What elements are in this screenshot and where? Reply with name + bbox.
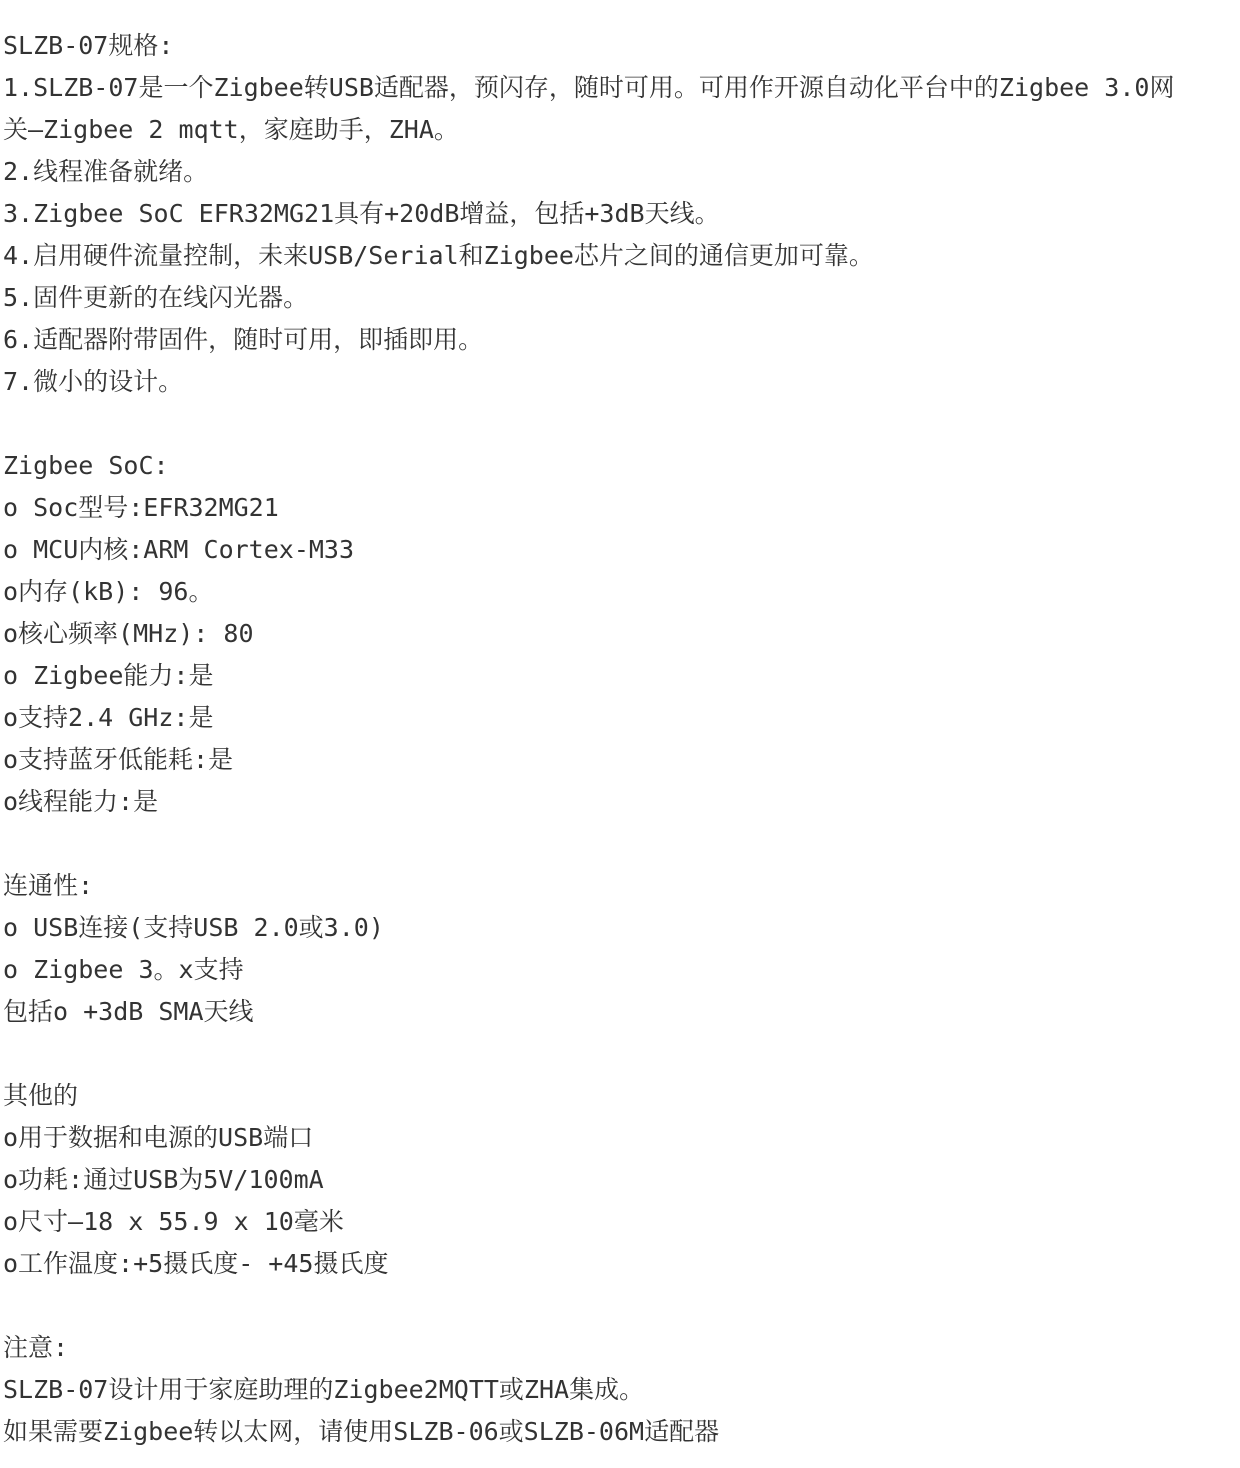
section-intro: SLZB-07规格: 1.SLZB-07是一个Zigbee转USB适配器，预闪存… — [3, 25, 1236, 403]
spec-line: o工作温度:+5摄氏度- +45摄氏度 — [3, 1243, 1236, 1285]
section-heading: 其他的 — [3, 1075, 1236, 1117]
text-line: 5.固件更新的在线闪光器。 — [3, 277, 1236, 319]
section-heading: Zigbee SoC: — [3, 445, 1236, 487]
section-heading: 连通性: — [3, 865, 1236, 907]
section-other: 其他的 o用于数据和电源的USB端口 o功耗:通过USB为5V/100mA o尺… — [3, 1075, 1236, 1285]
section-connectivity: 连通性: o USB连接(支持USB 2.0或3.0) o Zigbee 3。x… — [3, 865, 1236, 1033]
spec-line: o功耗:通过USB为5V/100mA — [3, 1159, 1236, 1201]
document-page: SLZB-07规格: 1.SLZB-07是一个Zigbee转USB适配器，预闪存… — [0, 0, 1240, 1468]
text-line: SLZB-07设计用于家庭助理的Zigbee2MQTT或ZHA集成。 — [3, 1369, 1236, 1411]
spec-line: o核心频率(MHz): 80 — [3, 613, 1236, 655]
spec-line: o MCU内核:ARM Cortex-M33 — [3, 529, 1236, 571]
spec-line: 包括o +3dB SMA天线 — [3, 991, 1236, 1033]
text-line: 4.启用硬件流量控制，未来USB/Serial和Zigbee芯片之间的通信更加可… — [3, 235, 1236, 277]
text-line: 如果需要Zigbee转以太网，请使用SLZB-06或SLZB-06M适配器 — [3, 1411, 1236, 1453]
section-zigbee-soc: Zigbee SoC: o Soc型号:EFR32MG21 o MCU内核:AR… — [3, 445, 1236, 823]
text-line: 7.微小的设计。 — [3, 361, 1236, 403]
spec-line: o尺寸–18 x 55.9 x 10毫米 — [3, 1201, 1236, 1243]
spec-line: o用于数据和电源的USB端口 — [3, 1117, 1236, 1159]
text-line: 2.线程准备就绪。 — [3, 151, 1236, 193]
spec-line: o内存(kB): 96。 — [3, 571, 1236, 613]
spec-line: o支持蓝牙低能耗:是 — [3, 739, 1236, 781]
spec-line: o Zigbee 3。x支持 — [3, 949, 1236, 991]
text-line: 3.Zigbee SoC EFR32MG21具有+20dB增益，包括+3dB天线… — [3, 193, 1236, 235]
text-line: 6.适配器附带固件，随时可用，即插即用。 — [3, 319, 1236, 361]
spec-line: o Zigbee能力:是 — [3, 655, 1236, 697]
spec-line: o线程能力:是 — [3, 781, 1236, 823]
section-heading: 注意: — [3, 1327, 1236, 1369]
spec-line: o USB连接(支持USB 2.0或3.0) — [3, 907, 1236, 949]
section-note: 注意: SLZB-07设计用于家庭助理的Zigbee2MQTT或ZHA集成。 如… — [3, 1327, 1236, 1453]
text-line: 关–Zigbee 2 mqtt，家庭助手，ZHA。 — [3, 109, 1236, 151]
text-line: 1.SLZB-07是一个Zigbee转USB适配器，预闪存，随时可用。可用作开源… — [3, 67, 1236, 109]
spec-line: o Soc型号:EFR32MG21 — [3, 487, 1236, 529]
spec-line: o支持2.4 GHz:是 — [3, 697, 1236, 739]
section-heading: SLZB-07规格: — [3, 25, 1236, 67]
